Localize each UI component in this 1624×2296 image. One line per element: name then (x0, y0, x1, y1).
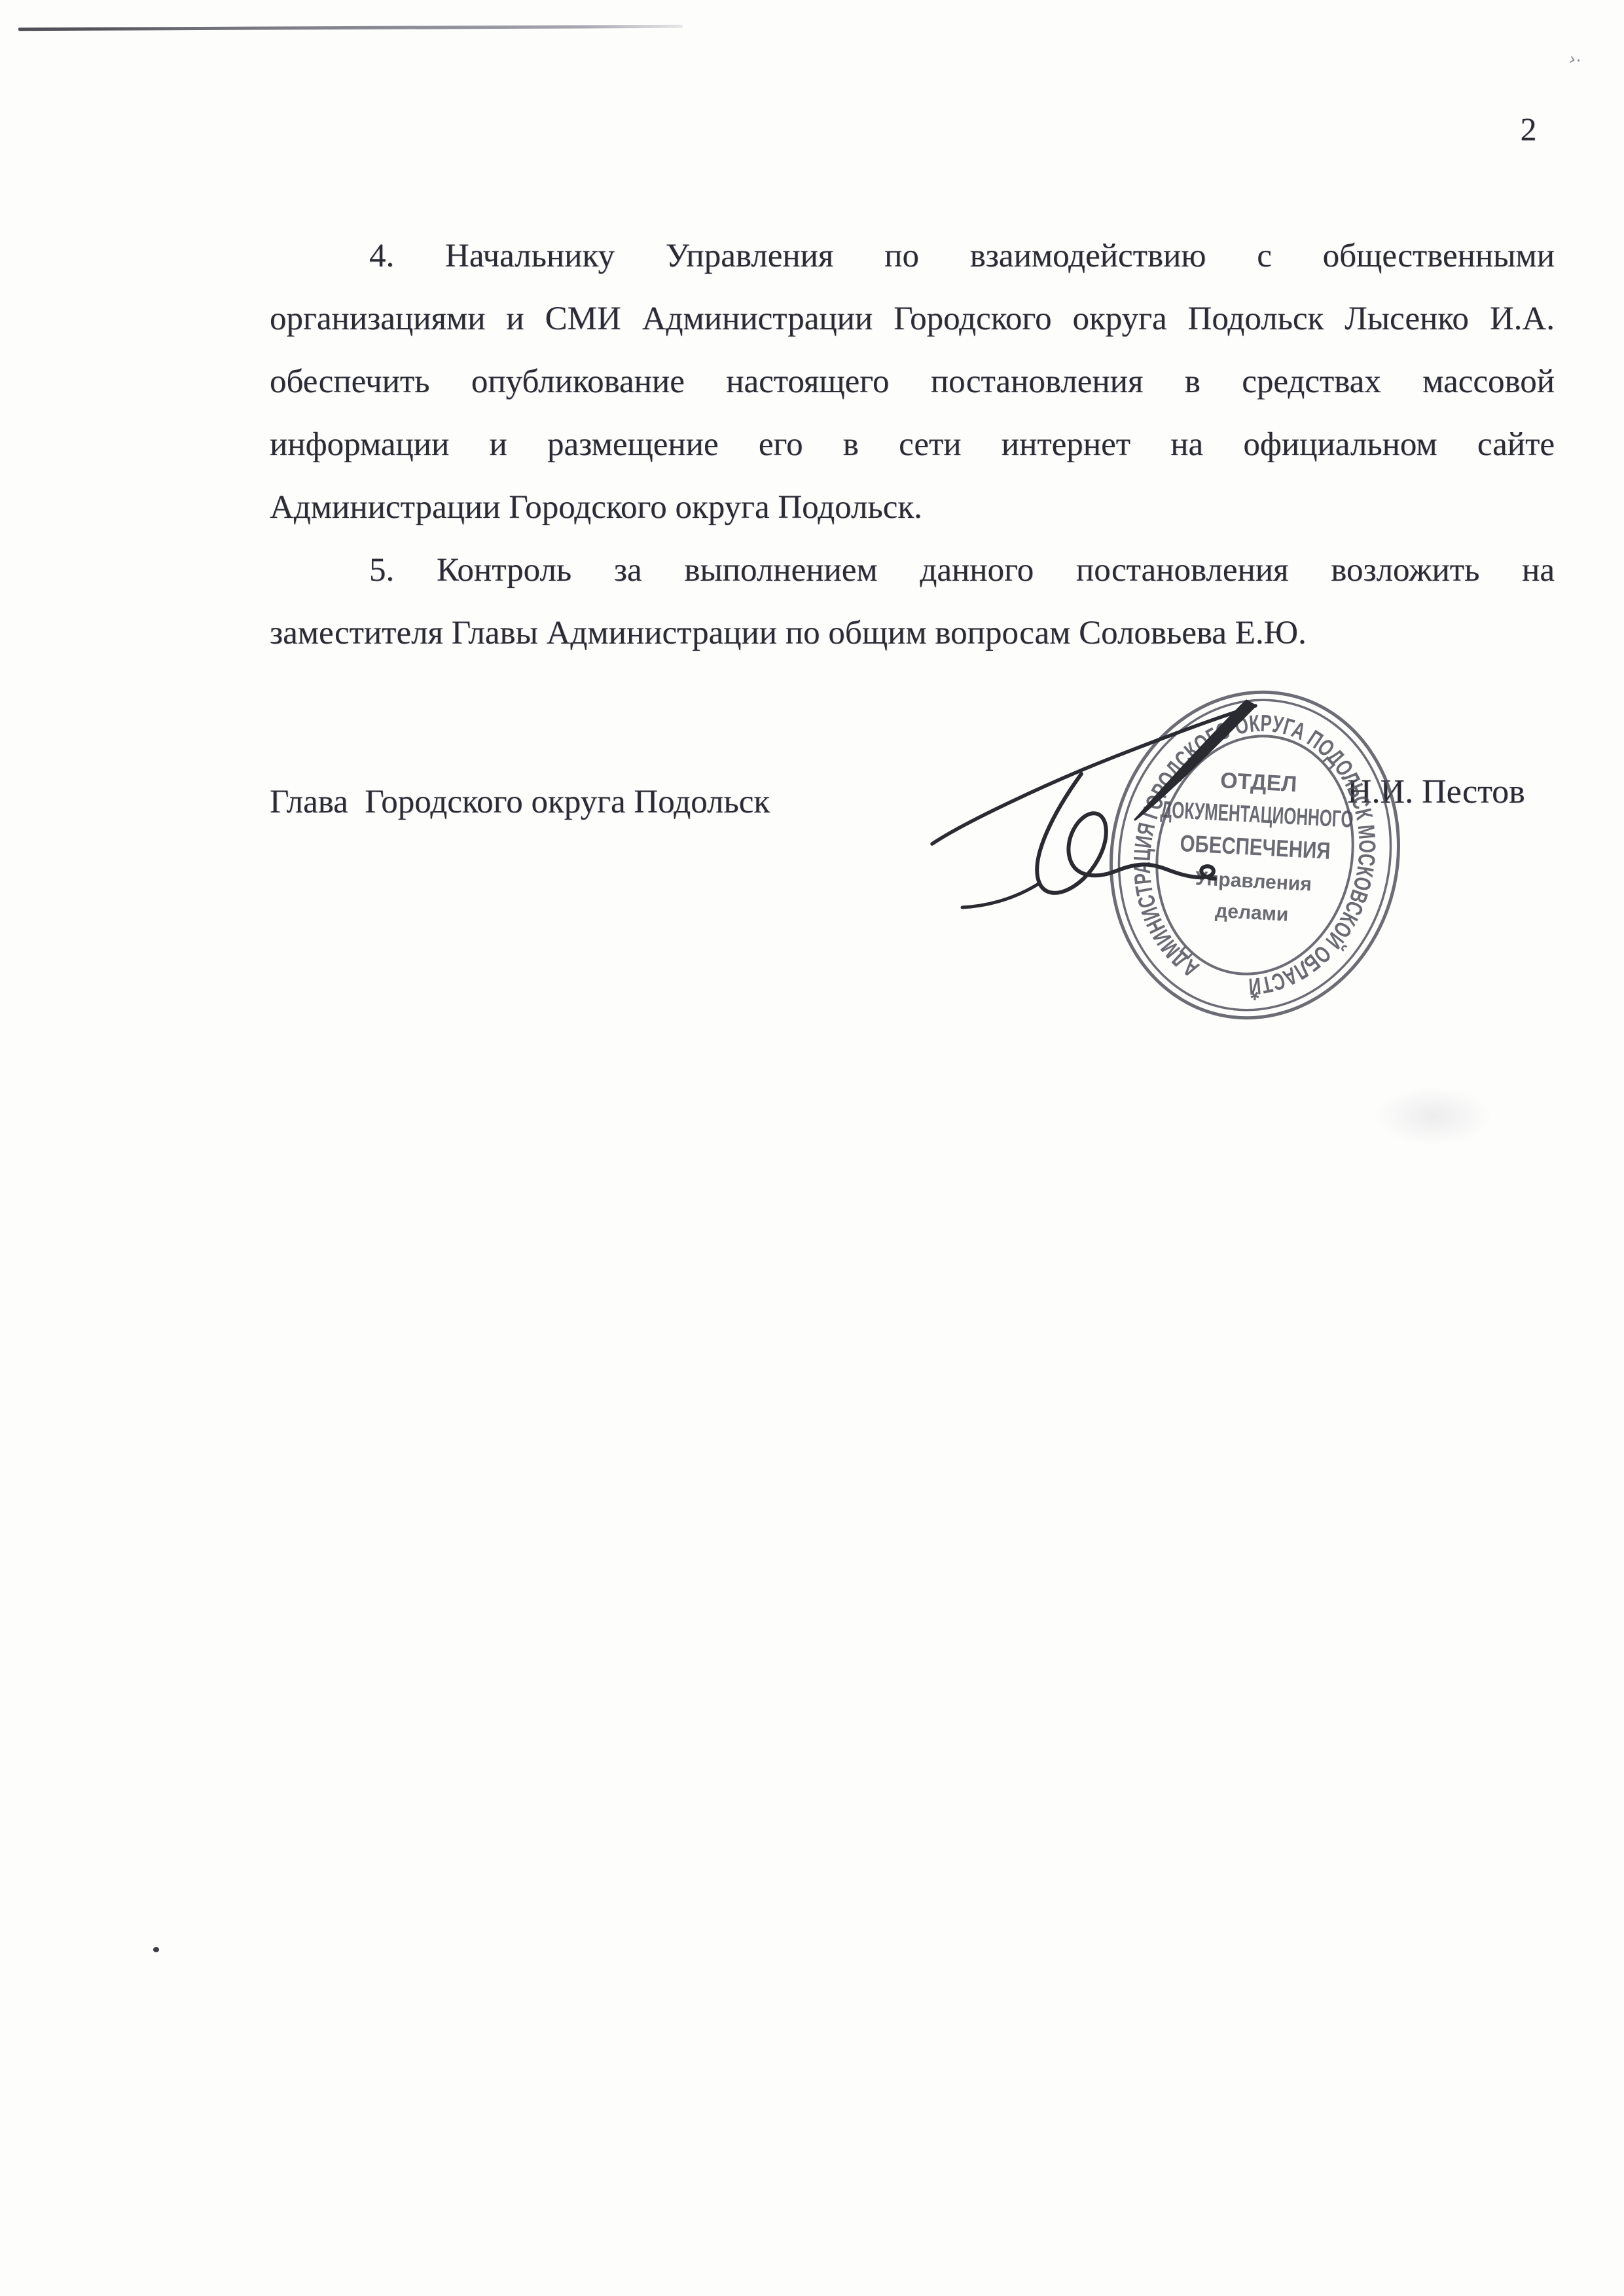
signature-top-stroke (932, 706, 1255, 844)
scanned-document-page: ›· 2 4. Начальнику Управления по взаимод… (0, 0, 1624, 2296)
paragraph-4-line-3: обеспечить опубликование настоящего пост… (270, 350, 1555, 413)
signature-tail (962, 883, 1039, 907)
signature-loops (1037, 774, 1215, 893)
stamp-separator-asterisk: * (1250, 979, 1259, 1004)
paragraph-4-line-4: информации и размещение его в сети интер… (270, 413, 1555, 476)
signatory-title: Глава Городского округа Подольск (270, 783, 770, 821)
scan-artifact-speck: ›· (1568, 49, 1588, 66)
document-body: 4. Начальнику Управления по взаимодейств… (270, 225, 1555, 665)
paragraph-4-line-2: организациями и СМИ Администрации Городс… (270, 287, 1555, 350)
scan-artifact-line (18, 25, 683, 31)
page-number: 2 (1506, 110, 1551, 148)
scan-artifact-smudge (1375, 1087, 1492, 1146)
paragraph-4-line-1: 4. Начальнику Управления по взаимодейств… (270, 225, 1555, 287)
paragraph-5-line-1: 5. Контроль за выполнением данного поста… (270, 539, 1555, 602)
handwritten-signature (903, 655, 1283, 930)
scan-artifact-dot (153, 1947, 159, 1952)
paragraph-4-line-5: Администрации Городского округа Подольск… (270, 476, 1555, 539)
